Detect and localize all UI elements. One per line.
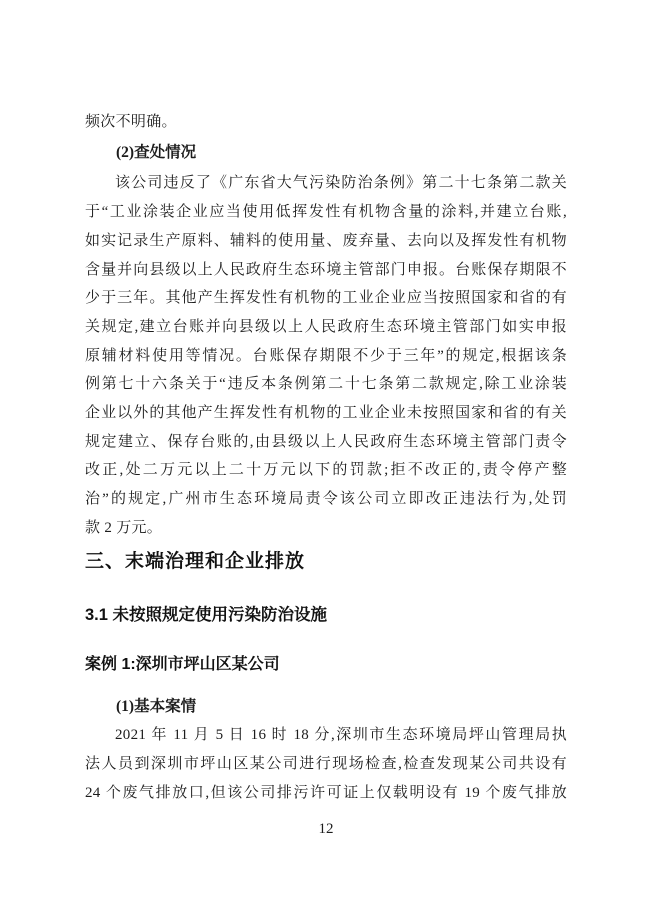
paragraph-line: 少于三年。其他产生挥发性有机物的工业企业应当按照国家和省的有 (85, 284, 567, 313)
basic-facts-heading: (1)基本案情 (85, 693, 567, 722)
paragraph-line: 于“工业涂装企业应当使用低挥发性有机物含量的涂料,并建立台账, (85, 198, 567, 227)
continuation-line: 频次不明确。 (85, 108, 567, 137)
page-number: 12 (85, 819, 567, 839)
document-page: 频次不明确。 (2)查处情况 该公司违反了《广东省大气污染防治条例》第二十七条第… (0, 0, 650, 919)
section-heading: 三、末端治理和企业排放 (85, 547, 567, 577)
paragraph-line: 关规定,建立台账并向县级以上人民政府生态环境主管部门如实申报 (85, 313, 567, 342)
violation-paragraph: 该公司违反了《广东省大气污染防治条例》第二十七条第二款关 于“工业涂装企业应当使… (85, 169, 567, 542)
paragraph-line: 含量并向县级以上人民政府生态环境主管部门申报。台账保存期限不 (85, 256, 567, 285)
paragraph-line: 法人员到深圳市坪山区某公司进行现场检查,检查发现某公司共设有 (85, 750, 567, 779)
paragraph-line: 原辅材料使用等情况。台账保存期限不少于三年”的规定,根据该条 (85, 342, 567, 371)
paragraph-line: 款 2 万元。 (85, 514, 567, 543)
paragraph-line: 企业以外的其他产生挥发性有机物的工业企业未按照国家和省的有关 (85, 399, 567, 428)
page-content: 频次不明确。 (2)查处情况 该公司违反了《广东省大气污染防治条例》第二十七条第… (85, 108, 567, 839)
subsection-heading: 3.1 未按照规定使用污染防治设施 (85, 601, 567, 629)
case-paragraph: 2021 年 11 月 5 日 16 时 18 分,深圳市生态环境局坪山管理局执… (85, 721, 567, 807)
case-heading: 案例 1:深圳市坪山区某公司 (85, 651, 567, 679)
paragraph-line: 2021 年 11 月 5 日 16 时 18 分,深圳市生态环境局坪山管理局执 (85, 721, 567, 750)
paragraph-line: 24 个废气排放口,但该公司排污许可证上仅载明设有 19 个废气排放 (85, 779, 567, 808)
paragraph-line: 规定建立、保存台账的,由县级以上人民政府生态环境主管部门责令 (85, 428, 567, 457)
paragraph-line: 治”的规定,广州市生态环境局责令该公司立即改正违法行为,处罚 (85, 485, 567, 514)
paragraph-line: 该公司违反了《广东省大气污染防治条例》第二十七条第二款关 (85, 169, 567, 198)
paragraph-line: 改正,处二万元以上二十万元以下的罚款;拒不改正的,责令停产整 (85, 456, 567, 485)
investigation-heading: (2)查处情况 (85, 139, 567, 168)
paragraph-line: 例第七十六条关于“违反本条例第二十七条第二款规定,除工业涂装 (85, 370, 567, 399)
paragraph-line: 如实记录生产原料、辅料的使用量、废弃量、去向以及挥发性有机物 (85, 227, 567, 256)
